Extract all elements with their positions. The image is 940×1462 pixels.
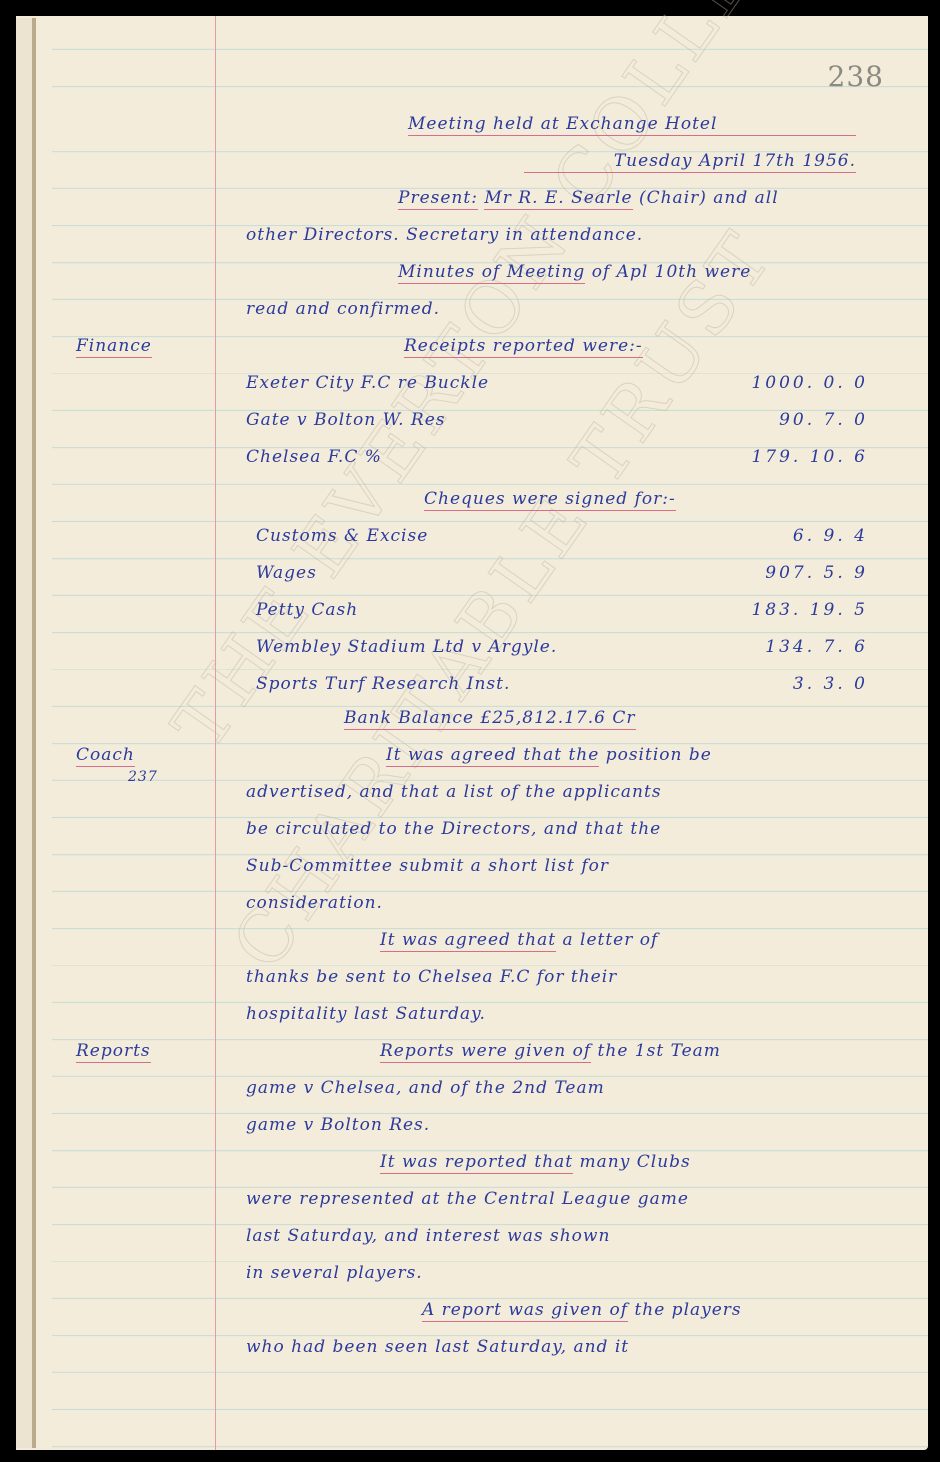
players-line-1: A report was given of the players: [422, 1300, 742, 1320]
present-line-2: other Directors. Secretary in attendance…: [246, 225, 643, 245]
section-reports: Reports: [76, 1041, 151, 1063]
reports-line-3: game v Bolton Res.: [246, 1115, 430, 1135]
receipt-desc: Exeter City F.C re Buckle: [246, 373, 489, 393]
letter-lead: It was agreed that: [380, 930, 556, 952]
cheque-amount: 6. 9. 4: [793, 526, 868, 546]
cheque-amount: 907. 5. 9: [765, 563, 868, 583]
coach-line-4: Sub-Committee submit a short list for: [246, 856, 609, 876]
players-lead: A report was given of: [422, 1300, 628, 1322]
reports-line-2: game v Chelsea, and of the 2nd Team: [246, 1078, 605, 1098]
present-line: Present: Mr R. E. Searle (Chair) and all: [398, 188, 779, 208]
minutes-line-2: read and confirmed.: [246, 299, 440, 319]
clubs-line-3: last Saturday, and interest was shown: [246, 1226, 610, 1246]
bank-balance: Bank Balance £25,812.17.6 Cr: [344, 708, 636, 730]
clubs-line-1: It was reported that many Clubs: [380, 1152, 691, 1172]
coach-lead: It was agreed that the: [386, 745, 599, 767]
receipt-amount: 90. 7. 0: [779, 410, 868, 430]
binding-edge: [16, 18, 36, 1448]
cheque-desc: Customs & Excise: [256, 526, 428, 546]
minutes-label: Minutes of Meeting: [398, 262, 585, 284]
receipts-heading: Receipts reported were:-: [404, 336, 643, 358]
cheque-desc: Sports Turf Research Inst.: [256, 674, 510, 694]
receipt-desc: Chelsea F.C %: [246, 447, 382, 467]
clubs-line-4: in several players.: [246, 1263, 423, 1283]
players-rest: the players: [634, 1300, 741, 1320]
meeting-title: Meeting held at Exchange Hotel: [408, 114, 856, 136]
coach-rest: position be: [606, 745, 712, 765]
clubs-lead: It was reported that: [380, 1152, 573, 1174]
players-line-2: who had been seen last Saturday, and it: [246, 1337, 629, 1357]
coach-line-3: be circulated to the Directors, and that…: [246, 819, 661, 839]
coach-line-5: consideration.: [246, 893, 383, 913]
ledger-page: THE EVERTON COLLECTION CHARITABLE TRUST …: [16, 16, 928, 1450]
cheque-amount: 3. 3. 0: [793, 674, 868, 694]
receipt-amount: 1000. 0. 0: [751, 373, 868, 393]
clubs-rest: many Clubs: [580, 1152, 691, 1172]
letter-line-3: hospitality last Saturday.: [246, 1004, 486, 1024]
letter-line-1: It was agreed that a letter of: [380, 930, 658, 950]
receipt-amount: 179. 10. 6: [751, 447, 868, 467]
minutes-rest: of Apl 10th were: [592, 262, 752, 282]
section-coach: Coach: [76, 745, 135, 767]
present-rest: (Chair) and all: [639, 188, 779, 208]
receipt-desc: Gate v Bolton W. Res: [246, 410, 446, 430]
coach-page-ref: 237: [128, 769, 158, 785]
cheque-amount: 134. 7. 6: [765, 637, 868, 657]
cheques-heading: Cheques were signed for:-: [424, 489, 676, 511]
present-label: Present:: [398, 188, 478, 210]
minutes-line: Minutes of Meeting of Apl 10th were: [398, 262, 751, 282]
coach-line-2: advertised, and that a list of the appli…: [246, 782, 662, 802]
cheque-amount: 183. 19. 5: [751, 600, 868, 620]
reports-lead: Reports were given of: [380, 1041, 591, 1063]
cheque-desc: Petty Cash: [256, 600, 358, 620]
letter-line-2: thanks be sent to Chelsea F.C for their: [246, 967, 617, 987]
letter-rest: a letter of: [562, 930, 658, 950]
cheque-desc: Wembley Stadium Ltd v Argyle.: [256, 637, 557, 657]
reports-rest: the 1st Team: [598, 1041, 721, 1061]
cheque-desc: Wages: [256, 563, 317, 583]
section-finance: Finance: [76, 336, 152, 358]
chair-name: Mr R. E. Searle: [484, 188, 632, 210]
meeting-date: Tuesday April 17th 1956.: [524, 151, 856, 173]
coach-line-1: It was agreed that the position be: [386, 745, 712, 765]
reports-line-1: Reports were given of the 1st Team: [380, 1041, 721, 1061]
clubs-line-2: were represented at the Central League g…: [246, 1189, 689, 1209]
page-number: 238: [828, 60, 884, 93]
